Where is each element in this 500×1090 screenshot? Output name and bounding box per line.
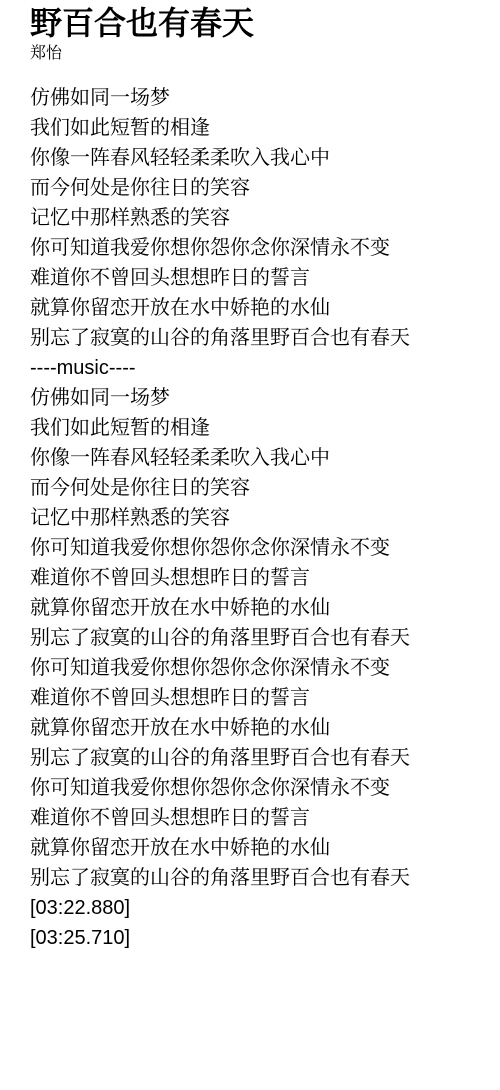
- lyric-line: 你可知道我爱你想你怨你念你深情永不变: [30, 233, 480, 263]
- timestamp-line: [03:22.880]: [30, 893, 480, 923]
- lyric-line: 而今何处是你往日的笑容: [30, 173, 480, 203]
- lyrics-page: 野百合也有春天 郑怡 仿佛如同一场梦我们如此短暂的相逢你像一阵春风轻轻柔柔吹入我…: [0, 0, 500, 1090]
- lyric-line: 就算你留恋开放在水中娇艳的水仙: [30, 833, 480, 863]
- lyric-line: 你可知道我爱你想你怨你念你深情永不变: [30, 533, 480, 563]
- lyric-line: 别忘了寂寞的山谷的角落里野百合也有春天: [30, 623, 480, 653]
- lyric-line: 难道你不曾回头想想昨日的誓言: [30, 563, 480, 593]
- lyric-line: 而今何处是你往日的笑容: [30, 473, 480, 503]
- lyric-line: 难道你不曾回头想想昨日的誓言: [30, 803, 480, 833]
- lyric-line: 你可知道我爱你想你怨你念你深情永不变: [30, 773, 480, 803]
- lyric-line: 就算你留恋开放在水中娇艳的水仙: [30, 293, 480, 323]
- lyric-line: 你可知道我爱你想你怨你念你深情永不变: [30, 653, 480, 683]
- music-separator-line: ----music----: [30, 353, 480, 383]
- lyric-line: 难道你不曾回头想想昨日的誓言: [30, 263, 480, 293]
- lyric-line: 记忆中那样熟悉的笑容: [30, 203, 480, 233]
- lyric-line: 仿佛如同一场梦: [30, 83, 480, 113]
- lyric-line: 别忘了寂寞的山谷的角落里野百合也有春天: [30, 743, 480, 773]
- lyric-line: 记忆中那样熟悉的笑容: [30, 503, 480, 533]
- lyric-line: 你像一阵春风轻轻柔柔吹入我心中: [30, 143, 480, 173]
- lyric-line: 别忘了寂寞的山谷的角落里野百合也有春天: [30, 863, 480, 893]
- song-title: 野百合也有春天: [30, 4, 480, 42]
- timestamp-line: [03:25.710]: [30, 923, 480, 953]
- lyric-line: 难道你不曾回头想想昨日的誓言: [30, 683, 480, 713]
- lyric-line: 就算你留恋开放在水中娇艳的水仙: [30, 593, 480, 623]
- lyrics-body: 仿佛如同一场梦我们如此短暂的相逢你像一阵春风轻轻柔柔吹入我心中而今何处是你往日的…: [30, 83, 480, 953]
- lyric-line: 别忘了寂寞的山谷的角落里野百合也有春天: [30, 323, 480, 353]
- lyric-line: 就算你留恋开放在水中娇艳的水仙: [30, 713, 480, 743]
- lyric-line: 仿佛如同一场梦: [30, 383, 480, 413]
- lyric-line: 你像一阵春风轻轻柔柔吹入我心中: [30, 443, 480, 473]
- lyric-line: 我们如此短暂的相逢: [30, 413, 480, 443]
- artist-name: 郑怡: [30, 44, 480, 64]
- lyric-line: 我们如此短暂的相逢: [30, 113, 480, 143]
